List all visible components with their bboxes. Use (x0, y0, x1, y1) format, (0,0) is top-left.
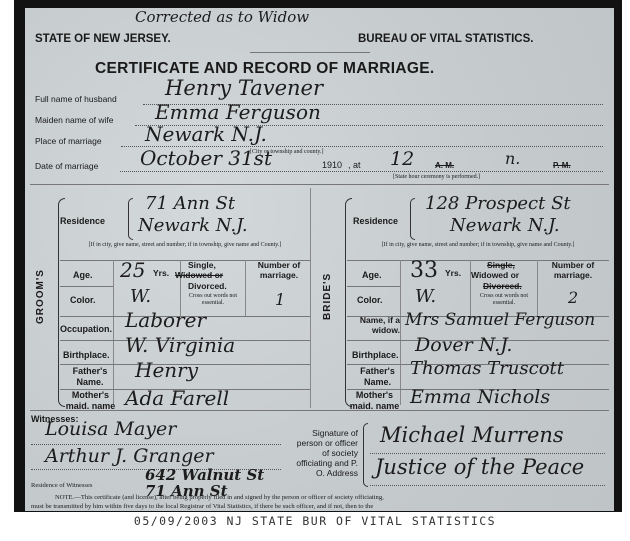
hour-value: 12 (390, 148, 414, 170)
officiant-title: Justice of the Peace (375, 455, 584, 479)
date-line (120, 171, 603, 172)
bride-color-value: W. (415, 286, 436, 307)
officiant-label: Signature of person or officer of societ… (290, 428, 358, 478)
groom-birthplace-label: Birthplace. (63, 350, 110, 360)
grid-line (60, 286, 113, 287)
groom-birthplace-value: W. Virginia (125, 333, 235, 357)
groom-status-hint: Cross out words not essential. (183, 293, 243, 307)
bride-father-value: Thomas Truscott (410, 358, 564, 379)
groom-bracket (58, 198, 65, 407)
groom-yrs-label: Yrs. (153, 268, 169, 278)
officiant-signature: Michael Murrens (380, 423, 564, 447)
bride-status-single: Single, (487, 260, 515, 270)
groom-status-single: Single, (188, 260, 216, 270)
bride-residence-brace (410, 198, 415, 240)
bride-marriage-num-value: 2 (568, 288, 578, 307)
bureau-heading: BUREAU OF VITAL STATISTICS. (358, 33, 533, 45)
note-line-2: must be transmitted by him within five d… (31, 503, 373, 510)
groom-occupation-label: Occupation. (60, 324, 112, 334)
bride-widow-label: Name, if a widow. (350, 315, 400, 335)
bride-mother-value: Emma Nichols (410, 386, 550, 408)
bride-residence-line2: Newark N.J. (450, 215, 560, 236)
bride-yrs-label: Yrs. (445, 268, 461, 278)
witness-2: Arthur J. Granger (45, 445, 214, 467)
bride-status-widowed: Widowed or (471, 270, 519, 280)
grid-vline (400, 260, 401, 405)
date-value: October 31st (140, 146, 272, 170)
hour-extra: n. (505, 149, 520, 168)
groom-age-label: Age. (73, 270, 93, 280)
bride-bracket (345, 198, 352, 407)
witness-1: Louisa Mayer (45, 418, 176, 440)
husband-label: Full name of husband (35, 94, 117, 104)
pm-label: P. M. (553, 161, 571, 170)
groom-marriage-num-label: Number of marriage. (249, 260, 309, 280)
grid-line (347, 286, 400, 287)
grid-vline (537, 260, 538, 316)
groom-status-divorced: Divorced. (188, 281, 227, 291)
groom-residence-hint: [If in city, give name, street and numbe… (60, 242, 310, 249)
officiant-line (370, 485, 605, 486)
groom-color-label: Color. (70, 295, 96, 305)
bride-birthplace-label: Birthplace. (352, 350, 399, 360)
bride-age-label: Age. (362, 270, 382, 280)
section-divider (30, 184, 609, 185)
groom-age-value: 25 (120, 258, 145, 282)
groom-father-label: Father's Name. (70, 366, 110, 388)
note-line-1: NOTE.—This certificate (and license), af… (55, 494, 384, 501)
bride-color-label: Color. (357, 295, 383, 305)
divider (250, 52, 370, 53)
groom-residence-brace (128, 198, 133, 240)
groom-residence-line2: Newark N.J. (138, 215, 248, 236)
bride-residence-hint: [If in city, give name, street and numbe… (347, 242, 609, 249)
groom-mother-label: Mother's maid. name (63, 390, 118, 412)
groom-mother-value: Ada Farell (125, 386, 229, 410)
bride-residence-label: Residence (353, 216, 398, 226)
year-value: 1910 (322, 160, 342, 170)
bride-residence-line1: 128 Prospect St (425, 193, 571, 214)
bride-age-value: 33 (410, 258, 438, 283)
grid-vline (470, 260, 471, 316)
certification-stamp: 05/09/2003 NJ STATE BUR OF VITAL STATIST… (0, 514, 630, 528)
state-heading: STATE OF NEW JERSEY. (35, 33, 171, 45)
bride-father-label: Father's Name. (355, 366, 400, 388)
place-label: Place of marriage (35, 136, 102, 146)
wife-value: Emma Ferguson (155, 100, 321, 124)
hour-hint: [State hour ceremony is performed.] (393, 174, 480, 180)
groom-residence-line1: 71 Ann St (145, 193, 235, 214)
officiant-line (370, 453, 605, 454)
bride-status-hint: Cross out words not essential. (473, 293, 535, 307)
groom-status-widowed: Widowed or (175, 270, 223, 280)
date-label: Date of marriage (35, 161, 98, 171)
groom-color-value: W. (130, 286, 151, 307)
groom-section-label: GROOM'S (35, 269, 46, 324)
witness-residence-label: Residence of Witnesses (31, 482, 92, 489)
bride-section-label: BRIDE'S (322, 273, 333, 320)
groom-father-value: Henry (135, 358, 198, 382)
section-divider (30, 410, 609, 411)
groom-occupation-value: Laborer (125, 308, 206, 332)
bride-birthplace-value: Dover N.J. (415, 334, 512, 356)
bride-marriage-num-label: Number of marriage. (540, 260, 606, 280)
at-label: , at (348, 160, 361, 170)
marriage-certificate: Corrected as to Widow STATE OF NEW JERSE… (25, 8, 614, 511)
am-label: A. M. (435, 161, 454, 170)
bride-mother-label: Mother's maid. name (347, 390, 402, 412)
bride-widow-value: Mrs Samuel Ferguson (405, 310, 595, 330)
grid-vline (113, 260, 114, 405)
groom-residence-label: Residence (60, 216, 105, 226)
bride-status-divorced: Divorced. (483, 281, 522, 291)
place-value: Newark N.J. (145, 122, 267, 146)
correction-note: Corrected as to Widow (135, 8, 309, 26)
officiant-brace (363, 423, 368, 487)
column-divider (310, 188, 311, 408)
groom-marriage-num-value: 1 (275, 290, 285, 309)
husband-value: Henry Tavener (165, 76, 323, 100)
wife-label: Maiden name of wife (35, 115, 113, 125)
grid-vline (245, 260, 246, 316)
